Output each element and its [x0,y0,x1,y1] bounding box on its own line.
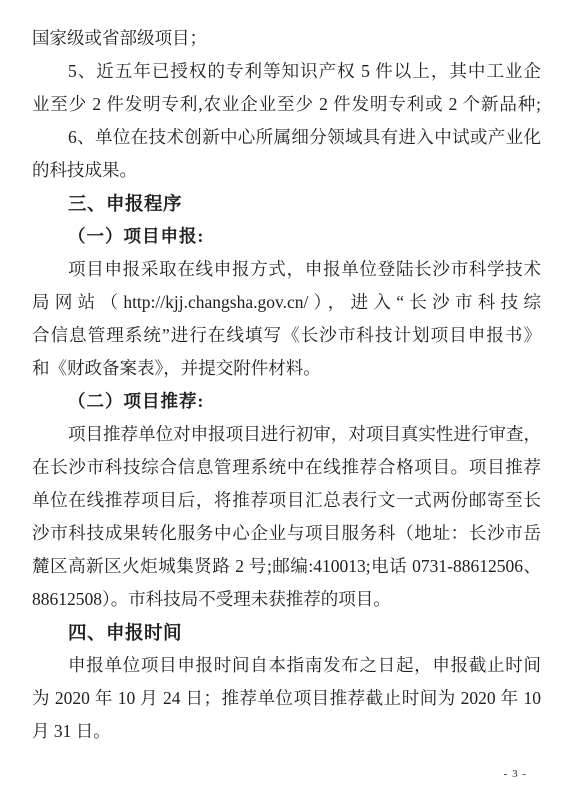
text-line: 6、单位在技术创新中心所属细分领域具有进入中试或产业化 [32,121,541,154]
text-line: 麓区高新区火炬城集贤路 2 号;邮编:410013;电话 0731-886125… [32,550,541,583]
text-line: 申报单位项目申报时间自本指南发布之日起，申报截止时间 [32,649,541,682]
text-line: 合信息管理系统”进行在线填写《长沙市科技计划项目申报书》 [32,319,541,352]
text-line: 和《财政备案表》，并提交附件材料。 [32,352,541,385]
text-line: 国家级或省部级项目； [32,22,541,55]
text-line: 88612508）。市科技局不受理未获推荐的项目。 [32,583,541,616]
text-line: 的科技成果。 [32,154,541,187]
sub-heading: （二）项目推荐: [32,385,541,418]
text-line: 单位在线推荐项目后，将推荐项目汇总表行文一式两份邮寄至长 [32,484,541,517]
text-line: 月 31 日。 [32,715,541,748]
text-line: 在长沙市科技综合信息管理系统中在线推荐合格项目。项目推荐 [32,451,541,484]
text-line: 业至少 2 件发明专利,农业企业至少 2 件发明专利或 2 个新品种; [32,88,541,121]
text-line: 项目推荐单位对申报项目进行初审，对项目真实性进行审查， [32,418,541,451]
sub-heading: （一）项目申报: [32,220,541,253]
document-body: 国家级或省部级项目；5、近五年已授权的专利等知识产权 5 件以上，其中工业企业至… [32,22,541,748]
document-page: 国家级或省部级项目；5、近五年已授权的专利等知识产权 5 件以上，其中工业企业至… [0,0,570,808]
text-line: 沙市科技成果转化服务中心企业与项目服务科（地址：长沙市岳 [32,517,541,550]
text-line: 局网站（http://kjj.changsha.gov.cn/），进入“长沙市科… [32,286,541,319]
text-line: 项目申报采取在线申报方式，申报单位登陆长沙市科学技术 [32,253,541,286]
section-heading: 三、申报程序 [32,187,541,220]
text-line: 5、近五年已授权的专利等知识产权 5 件以上，其中工业企 [32,55,541,88]
section-heading: 四、申报时间 [32,616,541,649]
text-line: 为 2020 年 10 月 24 日；推荐单位项目推荐截止时间为 2020 年 … [32,682,541,715]
page-number: - 3 - [504,768,527,780]
